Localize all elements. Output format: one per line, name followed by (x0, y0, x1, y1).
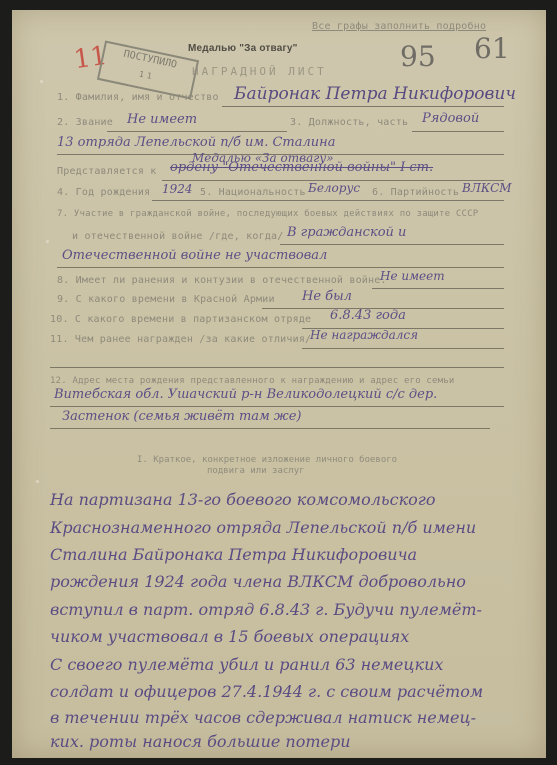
section-title-line1: I. Краткое, конкретное изложение личного… (137, 455, 397, 465)
field-value-award-original: ордену "Отечественной войны" I ст. (170, 160, 433, 175)
field-rule (280, 244, 504, 245)
field-value-civil-war-2: Отечественной войне не участвовал (62, 248, 327, 263)
narrative-line: солдат и офицеров 27.4.1944 г. с своим р… (50, 682, 483, 701)
narrative-line: чиком участвовал в 15 боевых операциях (50, 627, 409, 646)
field-label-birth-year: 4. Год рождения (57, 187, 150, 198)
page-title: НАГРАДНОЙ ЛИСТ (192, 65, 327, 78)
narrative-line: в течении трёх часов сдерживал натиск не… (50, 708, 476, 727)
field-label-position: 3. Должность, часть (290, 117, 408, 128)
pencil-number-right: 61 (474, 32, 510, 65)
field-value-wounds: Не имеет (380, 269, 445, 283)
narrative-line: Краснознаменного отряда Лепельской п/б и… (50, 518, 476, 537)
section-title-line2: подвига или заслуг (207, 466, 305, 476)
field-value-party: ВЛКСМ (462, 181, 512, 195)
field-rule (57, 267, 504, 268)
field-value-nationality: Белорус (308, 181, 360, 195)
field-value-name: Байронак Петра Никифорович (234, 84, 516, 104)
narrative-line: ких. роты нанося большие потери (50, 732, 351, 751)
received-stamp: ПОСТУПИЛО 11 (97, 40, 199, 99)
field-rule (302, 348, 504, 349)
narrative-line: рождения 1924 года члена ВЛКСМ доброволь… (50, 572, 466, 591)
field-value-address-2: Застенок (семья живёт там же) (62, 409, 301, 424)
field-rule (412, 131, 504, 132)
field-value-partisan: 6.8.43 года (330, 308, 406, 323)
field-value-red-army: Не был (302, 289, 352, 304)
field-label-civil-war: 7. Участие в гражданской войне, последую… (57, 209, 478, 219)
narrative-line: Сталина Байронака Петра Никифоровича (50, 545, 417, 564)
field-value-civil-war-1: В гражданской и (287, 225, 406, 240)
field-rule (107, 131, 287, 132)
paper-blemish (40, 80, 43, 83)
paper-blemish (36, 480, 39, 483)
field-rule (50, 367, 504, 368)
field-value-birth-year: 1924 (162, 182, 193, 196)
narrative-line: С своего пулемёта убил и ранил 63 немецк… (50, 655, 443, 674)
field-value-address-1: Витебская обл. Ушачский р-н Великодолецк… (54, 387, 437, 402)
field-label-nationality: 5. Национальность (200, 187, 306, 198)
field-label-address: 12. Адрес места рождения представленного… (50, 376, 455, 386)
field-rule (222, 106, 504, 107)
field-value-unit: 13 отряда Лепельской п/б им. Сталина (57, 135, 335, 150)
field-value-rank: Не имеет (127, 112, 197, 127)
field-label-party: 6. Партийность (372, 187, 459, 198)
award-sheet-page: 11 ПОСТУПИЛО 11 Все графы заполнить подр… (12, 10, 546, 758)
header-note: Все графы заполнить подробно (312, 21, 486, 32)
field-rule (50, 406, 504, 407)
field-label-presented: Представляется к (57, 166, 157, 177)
pencil-number-left: 95 (400, 40, 436, 73)
field-rule (372, 288, 504, 289)
field-rule (152, 200, 504, 201)
field-label-rank: 2. Звание (57, 117, 113, 128)
field-label-awards: 11. Чем ранее награжден /за какие отличи… (50, 334, 311, 345)
narrative-line: вступил в парт. отряд 6.8.43 г. Будучи п… (50, 600, 482, 619)
field-value-position: Рядовой (422, 111, 479, 126)
paper-blemish (46, 240, 49, 243)
field-value-awards: Не награждался (310, 328, 418, 342)
medal-line: Медалью "За отвагу" (188, 43, 298, 54)
field-label-partisan: 10. С какого времени в партизанском отря… (50, 314, 311, 325)
narrative-line: На партизана 13-го боевого комсомольског… (50, 490, 435, 509)
field-rule (50, 428, 490, 429)
field-label-red-army: 9. С какого времени в Красной Армии (57, 294, 275, 305)
field-label-name: 1. Фамилия, имя и отчество (57, 92, 219, 103)
field-label-wounds: 8. Имеет ли ранения и контузии в отечест… (57, 275, 387, 286)
field-label-patriotic-war: и отечественной войне /где, когда/ (72, 231, 284, 242)
